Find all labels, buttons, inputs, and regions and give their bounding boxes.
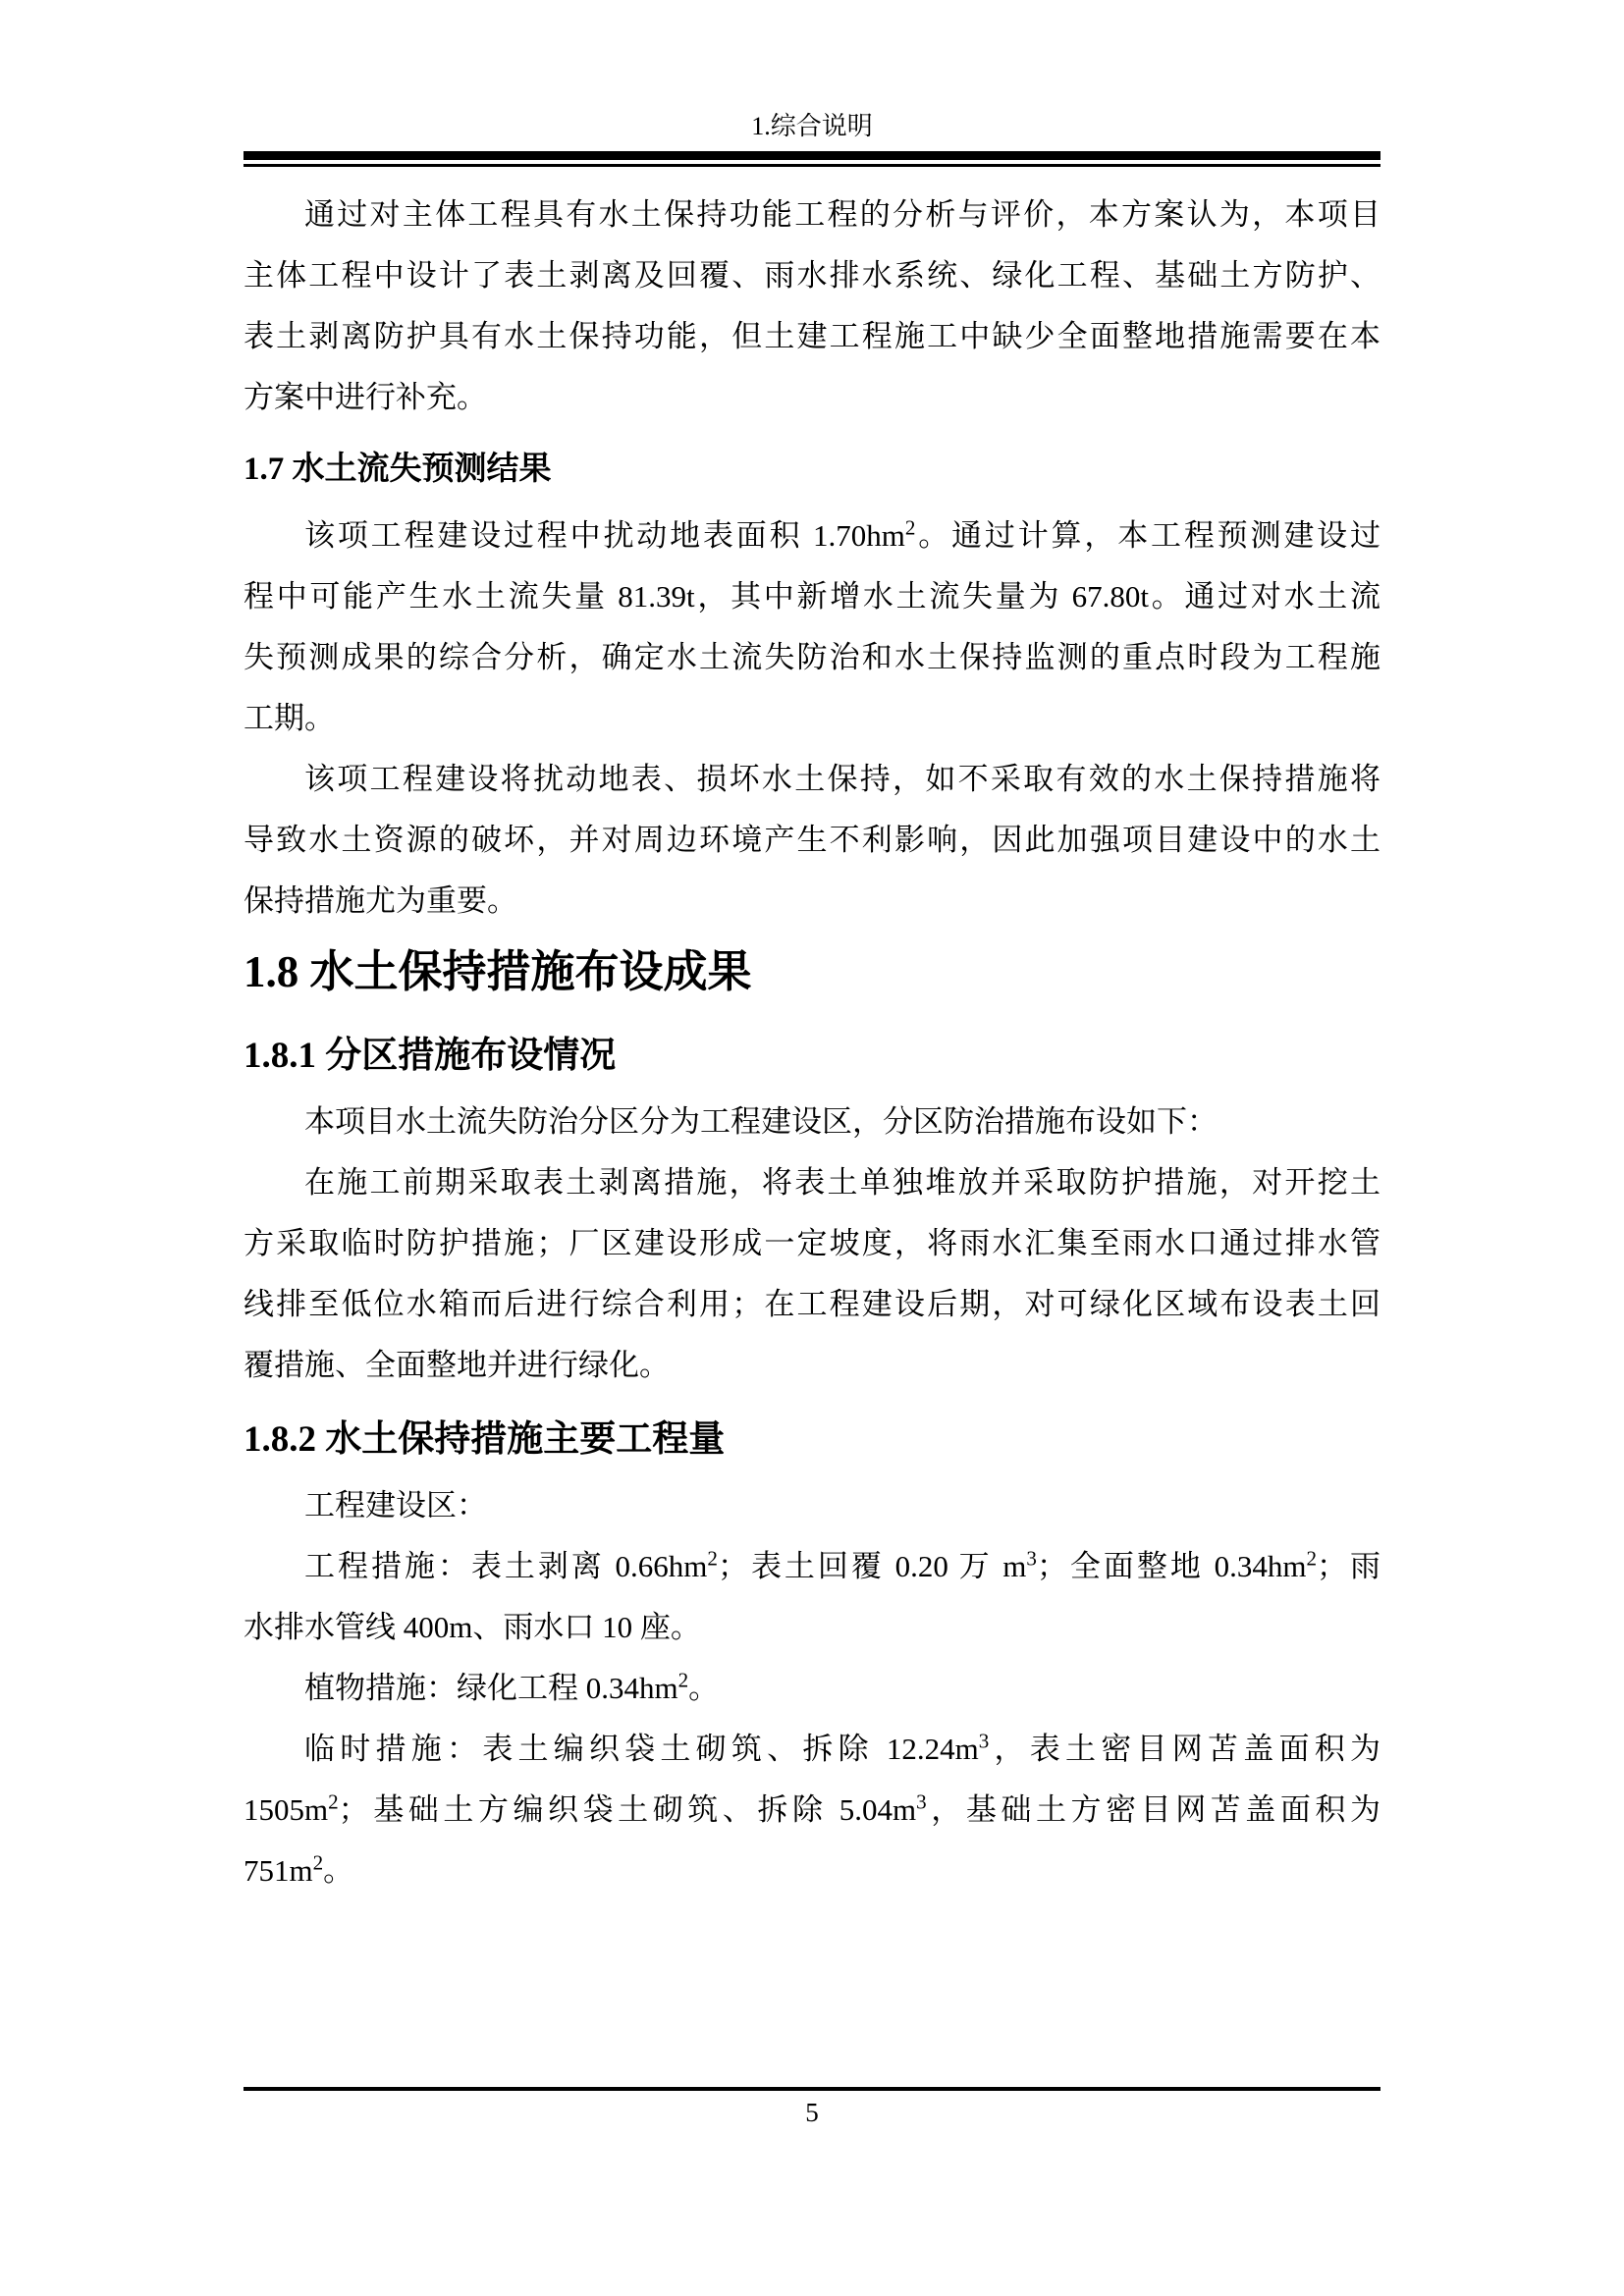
paragraph: 该项工程建设将扰动地表、损坏水土保持，如不采取有效的水土保持措施将导致水土资源的… xyxy=(244,749,1380,932)
paragraph: 临时措施：表土编织袋土砌筑、拆除 12.24m3，表土密目网苫盖面积为1505m… xyxy=(244,1719,1380,1901)
paragraph-line: 该项工程建设将扰动地表、损坏水土保持，如不采取有效的水土保持措施将 xyxy=(244,749,1380,810)
superscript: 2 xyxy=(678,1669,689,1692)
text-run: 。通过计算，本工程预测建设过 xyxy=(915,518,1380,553)
text-run: 本项目水土流失防治分区分为工程建设区，分区防治措施布设如下： xyxy=(304,1104,1218,1139)
text-run: 方案中进行补充。 xyxy=(244,380,487,414)
superscript: 2 xyxy=(328,1790,339,1814)
text-run: 工期。 xyxy=(244,701,335,735)
footer-rule xyxy=(244,2087,1380,2091)
paragraph-line: 方采取临时防护措施；厂区建设形成一定坡度，将雨水汇集至雨水口通过排水管 xyxy=(244,1213,1380,1274)
text-run: 主体工程中设计了表土剥离及回覆、雨水排水系统、绿化工程、基础土方防护、 xyxy=(244,258,1380,293)
text-run: 导致水土资源的破坏，并对周边环境产生不利影响，因此加强项目建设中的水土 xyxy=(244,823,1380,857)
page-footer: 5 xyxy=(244,2087,1380,2129)
superscript: 3 xyxy=(916,1790,927,1814)
section-heading: 1.8 水土保持措施布设成果 xyxy=(244,932,1380,1012)
page-column: 1.综合说明 通过对主体工程具有水土保持功能工程的分析与评价，本方案认为，本项目… xyxy=(244,0,1380,1901)
paragraph-line: 临时措施：表土编织袋土砌筑、拆除 12.24m3，表土密目网苫盖面积为 xyxy=(244,1719,1380,1780)
text-run: 该项工程建设将扰动地表、损坏水土保持，如不采取有效的水土保持措施将 xyxy=(304,762,1380,796)
text-run: 该项工程建设过程中扰动地表面积 1.70hm xyxy=(304,518,905,553)
text-run: 工程建设区： xyxy=(304,1488,487,1522)
text-run: 在施工前期采取表土剥离措施，将表土单独堆放并采取防护措施，对开挖土 xyxy=(304,1165,1380,1200)
paragraph-line: 导致水土资源的破坏，并对周边环境产生不利影响，因此加强项目建设中的水土 xyxy=(244,810,1380,871)
paragraph-line: 水排水管线 400m、雨水口 10 座。 xyxy=(244,1597,1380,1658)
text-run: 水排水管线 400m、雨水口 10 座。 xyxy=(244,1610,701,1644)
section-heading: 1.7 水土流失预测结果 xyxy=(244,438,1380,501)
text-run: ，表土密目网苫盖面积为 xyxy=(989,1732,1380,1766)
text-run: 通过对主体工程具有水土保持功能工程的分析与评价，本方案认为，本项目 xyxy=(304,197,1380,232)
text-run: 751m xyxy=(244,1853,313,1888)
text-run: 方采取临时防护措施；厂区建设形成一定坡度，将雨水汇集至雨水口通过排水管 xyxy=(244,1226,1380,1260)
text-run: 1505m xyxy=(244,1792,328,1827)
text-run: ；表土回覆 0.20 万 m xyxy=(718,1549,1026,1583)
text-run: ，基础土方密目网苫盖面积为 xyxy=(927,1792,1380,1827)
text-run: 程中可能产生水土流失量 81.39t，其中新增水土流失量为 67.80t。通过对… xyxy=(244,579,1380,614)
paragraph-line: 方案中进行补充。 xyxy=(244,367,1380,428)
paragraph: 工程措施：表土剥离 0.66hm2；表土回覆 0.20 万 m3；全面整地 0.… xyxy=(244,1536,1380,1658)
superscript: 2 xyxy=(905,516,916,540)
superscript: 2 xyxy=(1306,1547,1317,1571)
text-run: 。 xyxy=(688,1671,719,1705)
page-number: 5 xyxy=(244,2096,1380,2129)
section-heading: 1.8.2 水土保持措施主要工程量 xyxy=(244,1405,1380,1475)
paragraph-line: 表土剥离防护具有水土保持功能，但土建工程施工中缺少全面整地措施需要在本 xyxy=(244,306,1380,367)
paragraph-line: 该项工程建设过程中扰动地表面积 1.70hm2。通过计算，本工程预测建设过 xyxy=(244,506,1380,566)
page-header: 1.综合说明 xyxy=(244,0,1380,167)
paragraph-line: 751m2。 xyxy=(244,1841,1380,1901)
document-page: 1.综合说明 通过对主体工程具有水土保持功能工程的分析与评价，本方案认为，本项目… xyxy=(0,0,1624,2296)
paragraph-line: 植物措施：绿化工程 0.34hm2。 xyxy=(244,1658,1380,1719)
paragraph: 本项目水土流失防治分区分为工程建设区，分区防治措施布设如下： xyxy=(244,1092,1380,1152)
text-run: 线排至低位水箱而后进行综合利用；在工程建设后期，对可绿化区域布设表土回 xyxy=(244,1287,1380,1321)
text-run: ；全面整地 0.34hm xyxy=(1037,1549,1307,1583)
paragraph: 在施工前期采取表土剥离措施，将表土单独堆放并采取防护措施，对开挖土方采取临时防护… xyxy=(244,1152,1380,1396)
paragraph-line: 主体工程中设计了表土剥离及回覆、雨水排水系统、绿化工程、基础土方防护、 xyxy=(244,245,1380,306)
text-run: 植物措施：绿化工程 0.34hm xyxy=(304,1671,678,1705)
paragraph-line: 在施工前期采取表土剥离措施，将表土单独堆放并采取防护措施，对开挖土 xyxy=(244,1152,1380,1213)
text-run: 失预测成果的综合分析，确定水土流失防治和水土保持监测的重点时段为工程施 xyxy=(244,640,1380,674)
superscript: 2 xyxy=(313,1851,324,1875)
page-header-title: 1.综合说明 xyxy=(244,0,1380,143)
text-run: 表土剥离防护具有水土保持功能，但土建工程施工中缺少全面整地措施需要在本 xyxy=(244,319,1380,353)
document-body: 通过对主体工程具有水土保持功能工程的分析与评价，本方案认为，本项目主体工程中设计… xyxy=(244,185,1380,1901)
paragraph-line: 覆措施、全面整地并进行绿化。 xyxy=(244,1335,1380,1396)
paragraph-line: 程中可能产生水土流失量 81.39t，其中新增水土流失量为 67.80t。通过对… xyxy=(244,566,1380,627)
paragraph-line: 工期。 xyxy=(244,688,1380,749)
paragraph-line: 通过对主体工程具有水土保持功能工程的分析与评价，本方案认为，本项目 xyxy=(244,185,1380,245)
paragraph-line: 失预测成果的综合分析，确定水土流失防治和水土保持监测的重点时段为工程施 xyxy=(244,627,1380,688)
superscript: 3 xyxy=(979,1730,990,1753)
paragraph-line: 本项目水土流失防治分区分为工程建设区，分区防治措施布设如下： xyxy=(244,1092,1380,1152)
text-run: 保持措施尤为重要。 xyxy=(244,883,517,918)
paragraph: 该项工程建设过程中扰动地表面积 1.70hm2。通过计算，本工程预测建设过程中可… xyxy=(244,506,1380,749)
text-run: 工程措施：表土剥离 0.66hm xyxy=(304,1549,707,1583)
text-run: 临时措施：表土编织袋土砌筑、拆除 12.24m xyxy=(304,1732,979,1766)
section-heading: 1.8.1 分区措施布设情况 xyxy=(244,1021,1380,1092)
text-run: 覆措施、全面整地并进行绿化。 xyxy=(244,1348,670,1382)
paragraph: 植物措施：绿化工程 0.34hm2。 xyxy=(244,1658,1380,1719)
paragraph-line: 工程措施：表土剥离 0.66hm2；表土回覆 0.20 万 m3；全面整地 0.… xyxy=(244,1536,1380,1597)
superscript: 3 xyxy=(1026,1547,1037,1571)
superscript: 2 xyxy=(707,1547,718,1571)
header-rule xyxy=(244,151,1380,167)
text-run: ；雨 xyxy=(1317,1549,1380,1583)
paragraph-line: 保持措施尤为重要。 xyxy=(244,871,1380,932)
paragraph-line: 1505m2；基础土方编织袋土砌筑、拆除 5.04m3，基础土方密目网苫盖面积为 xyxy=(244,1780,1380,1841)
text-run: ；基础土方编织袋土砌筑、拆除 5.04m xyxy=(339,1792,917,1827)
paragraph: 通过对主体工程具有水土保持功能工程的分析与评价，本方案认为，本项目主体工程中设计… xyxy=(244,185,1380,428)
paragraph: 工程建设区： xyxy=(244,1475,1380,1536)
paragraph-line: 线排至低位水箱而后进行综合利用；在工程建设后期，对可绿化区域布设表土回 xyxy=(244,1274,1380,1335)
text-run: 。 xyxy=(323,1853,353,1888)
paragraph-line: 工程建设区： xyxy=(244,1475,1380,1536)
